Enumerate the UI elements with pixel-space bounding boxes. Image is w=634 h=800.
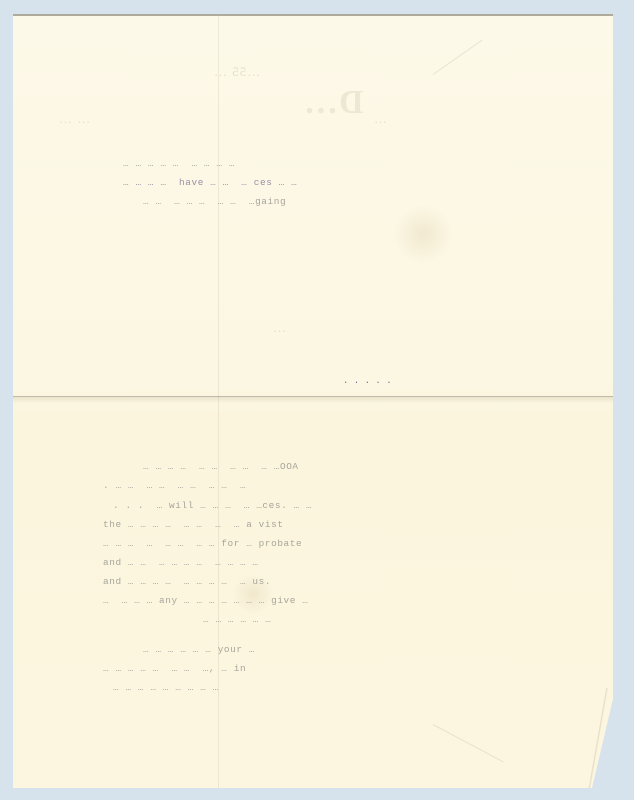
torn-corner xyxy=(583,688,613,788)
body-line-9: … … … … … … xyxy=(13,614,613,625)
upper-line-3: … … … … … … … …gaing xyxy=(13,196,613,207)
body-line-8: … … … … any … … … … … … … give … xyxy=(13,595,613,606)
body-line-3: . . . … will … … … … …ces. … … xyxy=(13,500,613,511)
body-line-4: the … … … … … … … … a vist xyxy=(13,519,613,530)
upper-line-2: … … … … have … … … ces … … xyxy=(13,177,613,188)
letterhead-logo-mark: D… xyxy=(303,84,364,122)
crease-mark xyxy=(433,40,483,75)
upper-line-1: … … … … … … … … … xyxy=(13,158,613,169)
body-line-1: … … … … … … … … … …OOA xyxy=(13,461,613,472)
crease-mark xyxy=(433,724,504,762)
body-line-10: … … … … … … your … xyxy=(13,644,613,655)
body-line-12: … … … … … … … … … xyxy=(13,682,613,693)
body-line-6: and … … … … … … … … … … xyxy=(13,557,613,568)
body-line-2: . … … … … … … … … … xyxy=(13,480,613,491)
letter-page: …55 … D… … … … … … … … … … … … … … … … …… xyxy=(13,14,613,788)
signature-ghost: … xyxy=(273,320,287,336)
body-line-5: … … … … … … … … for … probate xyxy=(13,538,613,549)
letterhead-line-1: …55 … xyxy=(213,64,260,80)
stain xyxy=(393,204,453,264)
footer-dots: . . . . . xyxy=(343,376,392,386)
letterhead-line-2: … … xyxy=(58,111,90,127)
body-line-11: … … … … … … … …, … in xyxy=(13,663,613,674)
page-top-edge xyxy=(13,14,613,16)
fold-shadow xyxy=(13,397,613,403)
letterhead-line-3: … xyxy=(373,111,387,127)
body-line-7: and … … … … … … … … … us. xyxy=(13,576,613,587)
